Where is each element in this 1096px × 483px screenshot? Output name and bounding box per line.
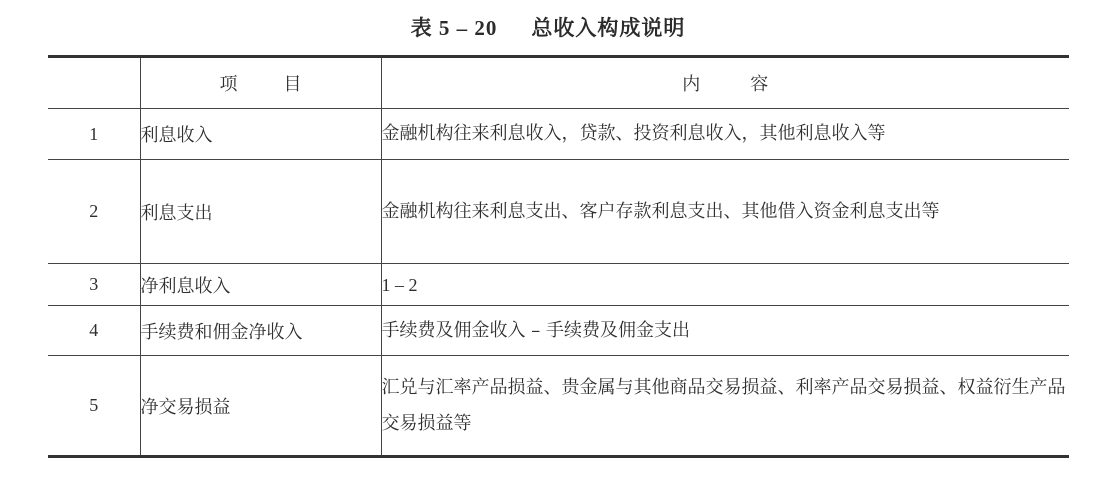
row-number: 2 — [48, 160, 140, 264]
table-row: 3 净利息收入 1 – 2 — [48, 264, 1069, 306]
table-title: 总收入构成说明 — [531, 16, 685, 40]
table-number: 表 5 – 20 — [411, 16, 498, 40]
row-item: 净交易损益 — [140, 356, 381, 457]
row-number: 4 — [48, 306, 140, 356]
table-row: 4 手续费和佣金净收入 手续费及佣金收入 – 手续费及佣金支出 — [48, 306, 1069, 356]
header-item-label: 项目 — [220, 74, 348, 95]
table-row: 5 净交易损益 汇兑与汇率产品损益、贵金属与其他商品交易损益、利率产品交易损益、… — [48, 356, 1069, 457]
table-header-row: 项目 内容 — [48, 57, 1069, 109]
row-content: 汇兑与汇率产品损益、贵金属与其他商品交易损益、利率产品交易损益、权益衍生产品交易… — [381, 356, 1069, 457]
row-content: 1 – 2 — [381, 264, 1069, 306]
row-content: 金融机构往来利息支出、客户存款利息支出、其他借入资金利息支出等 — [381, 160, 1069, 264]
row-item: 净利息收入 — [140, 264, 381, 306]
row-number: 3 — [48, 264, 140, 306]
row-item: 利息收入 — [140, 109, 381, 160]
header-no — [48, 57, 140, 109]
row-item: 手续费和佣金净收入 — [140, 306, 381, 356]
row-item: 利息支出 — [140, 160, 381, 264]
row-number: 1 — [48, 109, 140, 160]
revenue-composition-table: 项目 内容 1 利息收入 金融机构往来利息收入，贷款、投资利息收入，其他利息收入… — [48, 55, 1069, 458]
table-row: 1 利息收入 金融机构往来利息收入，贷款、投资利息收入，其他利息收入等 — [48, 109, 1069, 160]
table-row: 2 利息支出 金融机构往来利息支出、客户存款利息支出、其他借入资金利息支出等 — [48, 160, 1069, 264]
header-content: 内容 — [381, 57, 1069, 109]
header-item: 项目 — [140, 57, 381, 109]
table-caption: 表 5 – 20总收入构成说明 — [0, 12, 1096, 42]
row-content: 手续费及佣金收入 – 手续费及佣金支出 — [381, 306, 1069, 356]
row-number: 5 — [48, 356, 140, 457]
row-content: 金融机构往来利息收入，贷款、投资利息收入，其他利息收入等 — [381, 109, 1069, 160]
header-content-label: 内容 — [682, 74, 818, 95]
